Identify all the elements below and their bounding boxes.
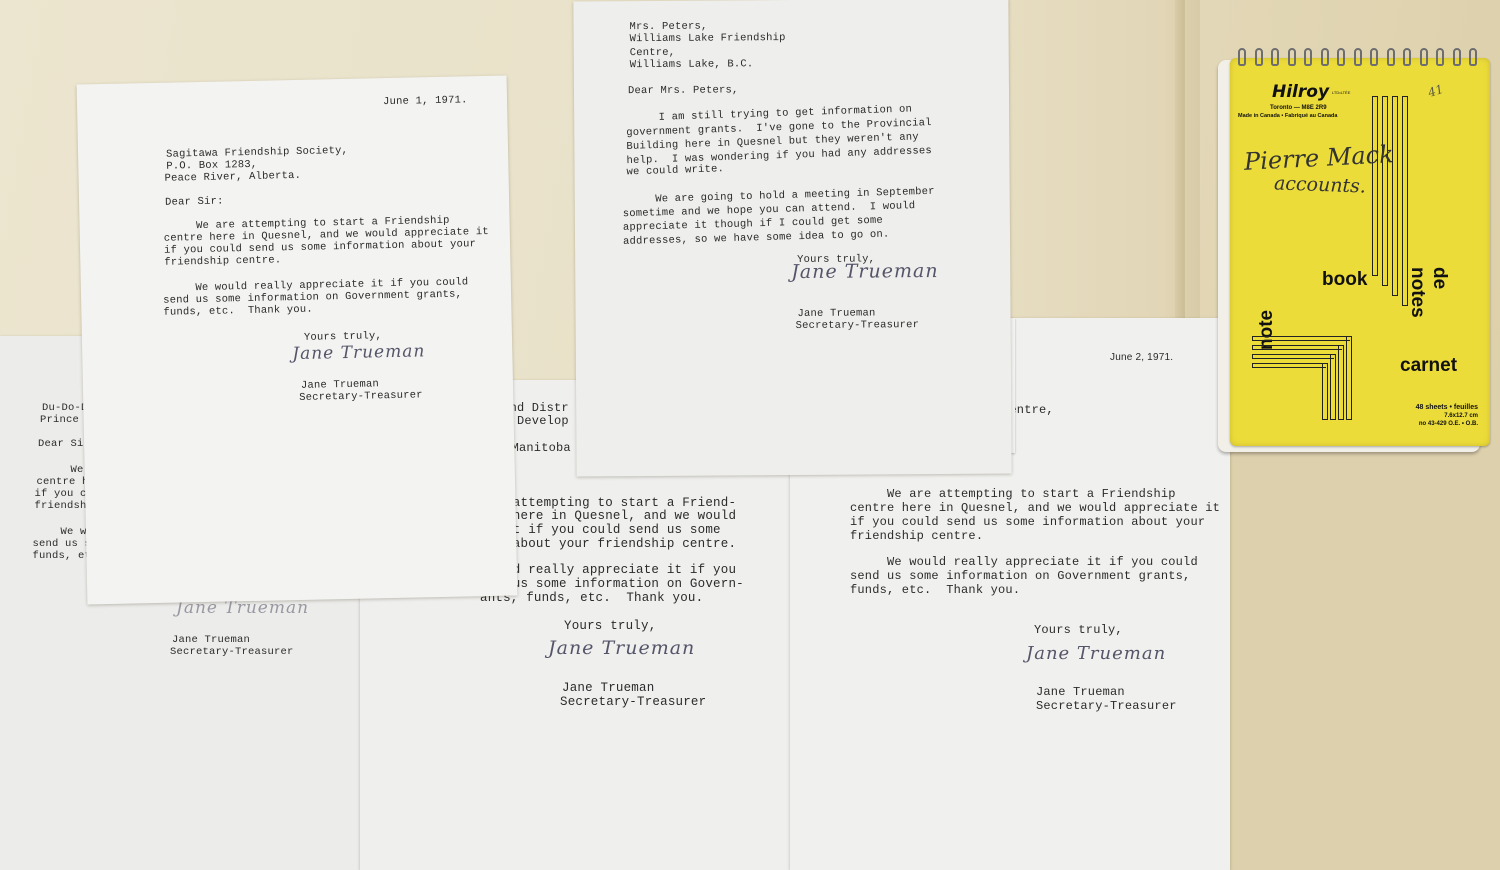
address-line: Centre,: [630, 47, 676, 60]
label-book: book: [1322, 269, 1367, 291]
letter-date: June 1, 1971.: [383, 94, 468, 108]
spiral-ring: [1403, 48, 1411, 66]
body-line: funds, etc. Thank you.: [850, 584, 1020, 597]
spiral-ring: [1288, 48, 1296, 66]
signature: Jane Trueman: [1026, 648, 1166, 661]
body-line: if you could send us some information ab…: [850, 516, 1205, 529]
spiral-ring: [1354, 48, 1362, 66]
sheet-count: 48 sheets • feuilles: [1416, 404, 1478, 411]
body-line: funds, et: [26, 550, 91, 563]
corner-stripe: [1252, 345, 1342, 350]
spiral-ring: [1453, 48, 1461, 66]
salutation: Dear Mrs. Peters,: [628, 84, 739, 97]
product-number: no 43-429 O.E. • O.B.: [1419, 421, 1478, 427]
closing: Yours truly,: [564, 620, 656, 633]
body-line: are attempting to start a Friend-: [482, 496, 736, 510]
body-line: we could write.: [626, 163, 724, 179]
body-line: te it if you could send us some: [482, 524, 721, 537]
signer-title: Secretary-Treasurer: [170, 646, 294, 659]
origin-line: Made in Canada • Fabriqué au Canada: [1238, 113, 1337, 119]
label-de-notes: de notes: [1406, 267, 1450, 318]
signer-name: Jane Trueman: [1036, 686, 1125, 699]
address-line: Williams Lake Friendship: [630, 32, 786, 46]
hilroy-logo: Hilroy: [1272, 82, 1329, 102]
corner-stripe: [1252, 354, 1334, 359]
body-line: We w: [28, 526, 87, 539]
handwritten-number: 41: [1426, 82, 1445, 100]
body-line: tre here in Quesnel, and we would: [482, 510, 736, 523]
signer-title: Secretary-Treasurer: [560, 696, 706, 709]
corner-stripe: [1338, 345, 1344, 420]
spiral-ring: [1420, 48, 1428, 66]
letter-date: June 2, 1971.: [1110, 352, 1173, 365]
sheet-size: 7.6x12.7 cm: [1444, 413, 1478, 419]
body-line: funds, etc. Thank you.: [163, 304, 313, 320]
handwritten-label: accounts.: [1274, 172, 1367, 197]
signature: Jane Trueman: [176, 602, 309, 615]
body-line: centre here in Quesnel, and we would app…: [850, 502, 1220, 515]
spiral-ring: [1304, 48, 1312, 66]
spiral-ring: [1238, 48, 1246, 66]
address-line: Toronto — M8E 2R9: [1270, 105, 1327, 111]
corner-stripe: [1322, 363, 1328, 420]
corner-stripe: [1346, 336, 1352, 420]
signer-title: Secretary-Treasurer: [299, 389, 423, 404]
spiral-ring: [1436, 48, 1444, 66]
signature: Jane Trueman: [791, 265, 938, 279]
spiral-ring: [1271, 48, 1279, 66]
stripe-decoration: [1392, 96, 1398, 296]
body-line: friendshi: [28, 500, 93, 513]
corner-stripe: [1330, 354, 1336, 420]
stripe-decoration: [1382, 96, 1388, 286]
spiral-ring: [1337, 48, 1345, 66]
address-line: Peace River, Alberta.: [164, 170, 301, 185]
signer-name: Jane Trueman: [562, 682, 654, 695]
body-line: if you co: [28, 488, 93, 501]
photo-scene: Du-Do-De C Prince Geo Dear Sir: We a cen…: [0, 0, 1500, 870]
label-note: note: [1256, 310, 1278, 350]
salutation: Dear Sir:: [165, 196, 224, 210]
body-line: ion about your friendship centre.: [482, 538, 736, 551]
body-line: We would really appreciate it if you cou…: [850, 556, 1198, 569]
brand-suffix: LTD•LTÉE: [1332, 90, 1350, 95]
label-carnet: carnet: [1400, 355, 1457, 377]
body-line: end us some information on Govern-: [482, 578, 744, 591]
closing: Yours truly,: [1034, 624, 1123, 637]
letter-sagitawa: June 1, 1971. Sagitawa Friendship Societ…: [77, 76, 518, 605]
letter-mrs-peters: Mrs. Peters, Williams Lake Friendship Ce…: [573, 0, 1011, 477]
body-line: send us s: [26, 538, 91, 551]
corner-stripe: [1252, 363, 1326, 368]
spiral-ring: [1469, 48, 1477, 66]
spiral-ring: [1370, 48, 1378, 66]
signature: Jane Trueman: [548, 642, 695, 655]
spiral-ring: [1255, 48, 1263, 66]
spiral-ring: [1321, 48, 1329, 66]
body-line: friendship centre.: [164, 254, 281, 269]
notebook-cover: 41 Hilroy LTD•LTÉE Toronto — M8E 2R9 Mad…: [1230, 58, 1490, 446]
signer-name: Jane Trueman: [172, 634, 250, 647]
spiral-ring: [1387, 48, 1395, 66]
body-line: friendship centre.: [850, 530, 983, 543]
stripe-decoration: [1372, 96, 1378, 276]
signature: Jane Trueman: [292, 345, 425, 360]
body-line: send us some information on Government g…: [850, 570, 1190, 583]
body-line: We are attempting to start a Friendship: [850, 488, 1176, 501]
body-line: would really appreciate it if you: [482, 564, 736, 577]
signer-title: Secretary-Treasurer: [796, 319, 920, 332]
folder-background: [1225, 450, 1500, 870]
address-line: Williams Lake, B.C.: [630, 58, 754, 71]
hilroy-notebook: 41 Hilroy LTD•LTÉE Toronto — M8E 2R9 Mad…: [1218, 52, 1490, 454]
signer-title: Secretary-Treasurer: [1036, 700, 1177, 713]
corner-stripe: [1252, 336, 1350, 341]
